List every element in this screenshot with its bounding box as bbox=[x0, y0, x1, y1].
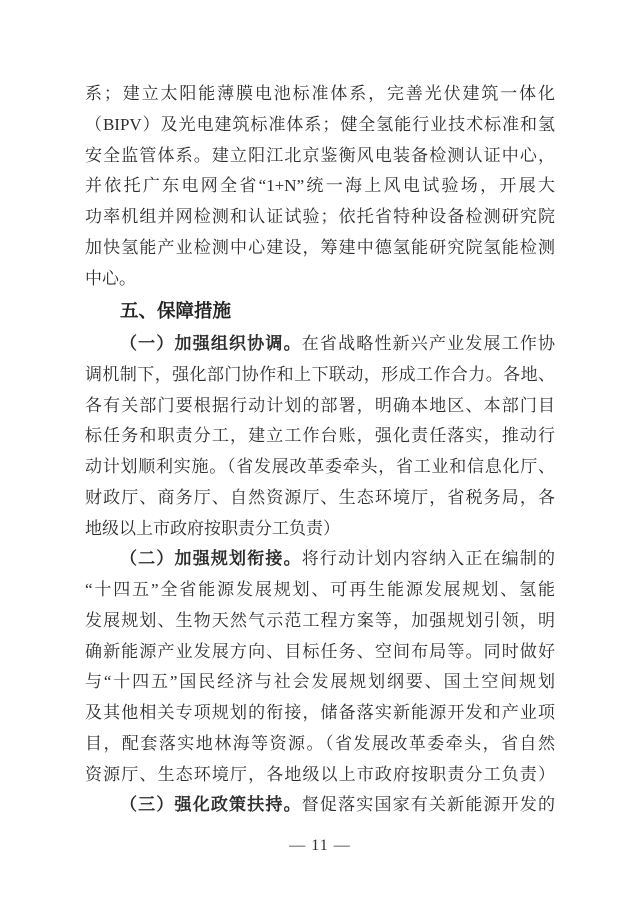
section-heading: 五、保障措施 bbox=[85, 296, 555, 327]
text-segment: 将行动计划内容纳入正在编制的 bbox=[302, 549, 555, 568]
text-segment: 各有关部门要根据行动计划的部署，明确本地区、本部门目 bbox=[85, 396, 555, 415]
text-line: 确新能源产业发展方向、目标任务、空间布局等。同时做好 bbox=[85, 637, 555, 668]
text-line: 系；建立太阳能薄膜电池标准体系，完善光伏建筑一体化 bbox=[85, 79, 555, 110]
text-line: （二）加强规划衔接。将行动计划内容纳入正在编制的 bbox=[85, 544, 555, 575]
text-segment: 确新能源产业发展方向、目标任务、空间布局等。同时做好 bbox=[85, 642, 555, 661]
text-segment: 及其他相关专项规划的衔接，储备落实新能源开发和产业项 bbox=[85, 703, 555, 722]
text-segment: 系；建立太阳能薄膜电池标准体系，完善光伏建筑一体化 bbox=[85, 84, 555, 103]
text-segment: 发展规划、生物天然气示范工程方案等，加强规划引领，明 bbox=[85, 611, 555, 630]
text-line: 地级以上市政府按职责分工负责） bbox=[85, 514, 555, 545]
text-line: 功率机组并网检测和认证试验；依托省特种设备检测研究院 bbox=[85, 202, 555, 233]
text-segment: 督促落实国家有关新能源开发的 bbox=[302, 795, 555, 814]
document-body: 系；建立太阳能薄膜电池标准体系，完善光伏建筑一体化（BIPV）及光电建筑标准体系… bbox=[85, 79, 555, 821]
text-segment: 地级以上市政府按职责分工负责） bbox=[85, 519, 340, 538]
text-line: 发展规划、生物天然气示范工程方案等，加强规划引领，明 bbox=[85, 606, 555, 637]
bold-text-segment: （二）加强规划衔接。 bbox=[120, 549, 302, 568]
text-line: 标任务和职责分工，建立工作台账，强化责任落实，推动行 bbox=[85, 421, 555, 452]
text-segment: 资源厅、生态环境厅，各地级以上市政府按职责分工负责） bbox=[85, 765, 555, 784]
text-line: （一）加强组织协调。在省战略性新兴产业发展工作协 bbox=[85, 329, 555, 360]
text-line: （BIPV）及光电建筑标准体系；健全氢能行业技术标准和氢 bbox=[85, 110, 555, 141]
text-segment: 调机制下，强化部门协作和上下联动，形成工作合力。各地、 bbox=[85, 365, 555, 384]
text-segment: （BIPV）及光电建筑标准体系；健全氢能行业技术标准和氢 bbox=[85, 115, 555, 134]
text-line: 并依托广东电网全省“1+N”统一海上风电试验场，开展大 bbox=[85, 171, 555, 202]
text-segment: 与“十四五”国民经济与社会发展规划纲要、国土空间规划 bbox=[85, 672, 555, 691]
text-segment: 功率机组并网检测和认证试验；依托省特种设备检测研究院 bbox=[85, 207, 555, 226]
bold-text-segment: 五、保障措施 bbox=[120, 300, 231, 321]
text-segment: 标任务和职责分工，建立工作台账，强化责任落实，推动行 bbox=[85, 426, 555, 445]
text-line: “十四五”全省能源发展规划、可再生能源发展规划、氢能 bbox=[85, 575, 555, 606]
text-segment: 在省战略性新兴产业发展工作协 bbox=[302, 334, 555, 353]
text-line: 各有关部门要根据行动计划的部署，明确本地区、本部门目 bbox=[85, 391, 555, 422]
text-line: 安全监管体系。建立阳江北京鉴衡风电装备检测认证中心， bbox=[85, 141, 555, 172]
document-page: 系；建立太阳能薄膜电池标准体系，完善光伏建筑一体化（BIPV）及光电建筑标准体系… bbox=[0, 0, 640, 905]
text-line: 及其他相关专项规划的衔接，储备落实新能源开发和产业项 bbox=[85, 698, 555, 729]
text-line: 目，配套落实地林海等资源。（省发展改革委牵头，省自然 bbox=[85, 729, 555, 760]
text-line: 中心。 bbox=[85, 264, 555, 295]
text-line: 资源厅、生态环境厅，各地级以上市政府按职责分工负责） bbox=[85, 760, 555, 791]
text-segment: 并依托广东电网全省“1+N”统一海上风电试验场，开展大 bbox=[85, 176, 555, 195]
text-segment: 中心。 bbox=[85, 269, 136, 288]
bold-text-segment: （一）加强组织协调。 bbox=[120, 334, 302, 353]
text-line: 财政厅、商务厅、自然资源厅、生态环境厅，省税务局，各 bbox=[85, 483, 555, 514]
text-line: 动计划顺利实施。（省发展改革委牵头，省工业和信息化厅、 bbox=[85, 452, 555, 483]
text-line: 加快氢能产业检测中心建设，筹建中德氢能研究院氢能检测 bbox=[85, 233, 555, 264]
text-segment: 加快氢能产业检测中心建设，筹建中德氢能研究院氢能检测 bbox=[85, 238, 555, 257]
text-segment: 安全监管体系。建立阳江北京鉴衡风电装备检测认证中心， bbox=[85, 146, 555, 165]
text-line: 与“十四五”国民经济与社会发展规划纲要、国土空间规划 bbox=[85, 667, 555, 698]
text-segment: 目，配套落实地林海等资源。（省发展改革委牵头，省自然 bbox=[85, 734, 555, 753]
text-segment: 动计划顺利实施。（省发展改革委牵头，省工业和信息化厅、 bbox=[85, 457, 555, 476]
text-segment: “十四五”全省能源发展规划、可再生能源发展规划、氢能 bbox=[85, 580, 555, 599]
page-number: — 11 — bbox=[0, 837, 640, 855]
text-segment: 财政厅、商务厅、自然资源厅、生态环境厅，省税务局，各 bbox=[85, 488, 555, 507]
text-line: 调机制下，强化部门协作和上下联动，形成工作合力。各地、 bbox=[85, 360, 555, 391]
bold-text-segment: （三）强化政策扶持。 bbox=[120, 795, 302, 814]
text-line: （三）强化政策扶持。督促落实国家有关新能源开发的 bbox=[85, 790, 555, 821]
